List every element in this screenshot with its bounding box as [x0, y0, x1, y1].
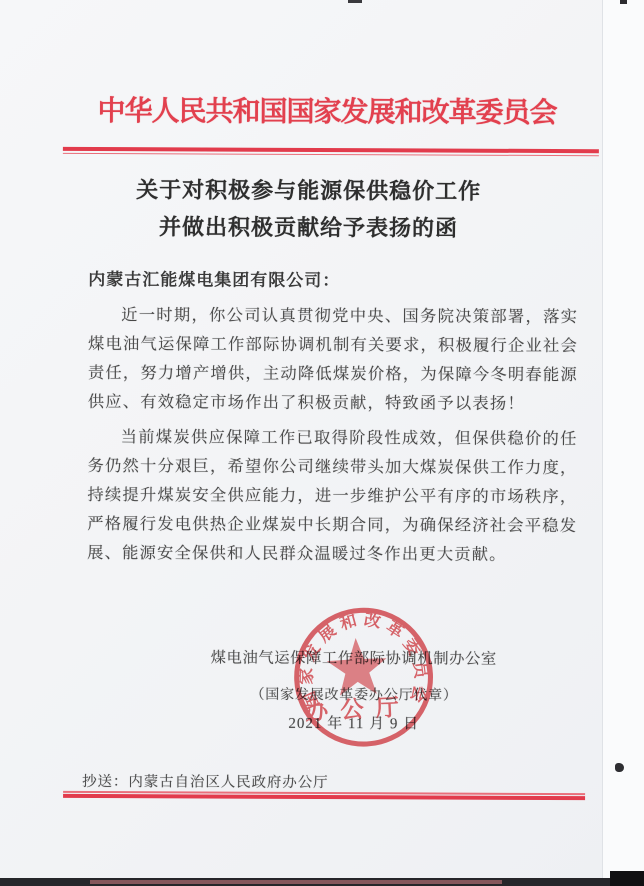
body-line: 展、能源安全保供和人民群众温暖过冬作出更大贡献。 — [87, 538, 577, 569]
scan-artifact — [620, 0, 627, 4]
document-title-line2: 并做出积极贡献给予表扬的函 — [55, 208, 561, 247]
divider-thick-line — [63, 794, 585, 800]
body-line: 近一时期，你公司认真贯彻党中央、国务院决策部署，落实 — [88, 300, 578, 331]
document-title: 关于对积极参与能源保供稳价工作 并做出积极贡献给予表扬的函 — [55, 171, 561, 247]
document-title-line1: 关于对积极参与能源保供稳价工作 — [56, 171, 562, 210]
letter-content: 中华人民共和国国家发展和改革委员会 关于对积极参与能源保供稳价工作 并做出积极贡… — [0, 0, 644, 886]
divider-thin-line — [63, 152, 599, 156]
cc-divider-rule — [63, 791, 585, 800]
scan-artifact — [615, 763, 624, 772]
body-line: 煤电油气运保障工作部际协调机制有关要求，积极履行企业社会 — [88, 329, 578, 360]
seal-bottom-text: 办公厅 — [304, 693, 412, 725]
letterhead-divider-rule — [63, 147, 599, 156]
body-line: 供应、有效稳定市场作出了积极贡献，特致函予以表扬！ — [88, 387, 578, 418]
letterhead-title: 中华人民共和国国家发展和改革委员会 — [56, 89, 598, 131]
scanned-letter-page: 中华人民共和国国家发展和改革委员会 关于对积极参与能源保供稳价工作 并做出积极贡… — [0, 0, 644, 886]
body-line: 当前煤炭供应保障工作已取得阶段性成效，但保供稳价的任 — [88, 422, 578, 453]
official-seal: 国家发展和改革委员会 办公厅 — [284, 598, 443, 757]
five-pointed-star-icon — [326, 637, 388, 697]
body-line: 责任，努力增产增供，主动降低煤炭价格，为保障今冬明春能源 — [88, 358, 578, 389]
salutation: 内蒙古汇能煤电集团有限公司： — [88, 265, 340, 291]
scanner-edge-corner — [610, 871, 644, 886]
scanner-edge-strip-pink — [90, 880, 502, 884]
cc-line: 抄送：内蒙古自治区人民政府办公厅 — [82, 770, 328, 792]
body-line: 持续提升煤炭安全供应能力，进一步维护公平有序的市场秩序， — [87, 480, 577, 511]
body-line: 务仍然十分艰巨，希望你公司继续带头加大煤炭保供工作力度， — [87, 451, 577, 482]
body-line: 严格履行发电供热企业煤炭中长期合同，为确保经济社会平稳发 — [87, 509, 577, 540]
scan-artifact — [348, 0, 362, 3]
